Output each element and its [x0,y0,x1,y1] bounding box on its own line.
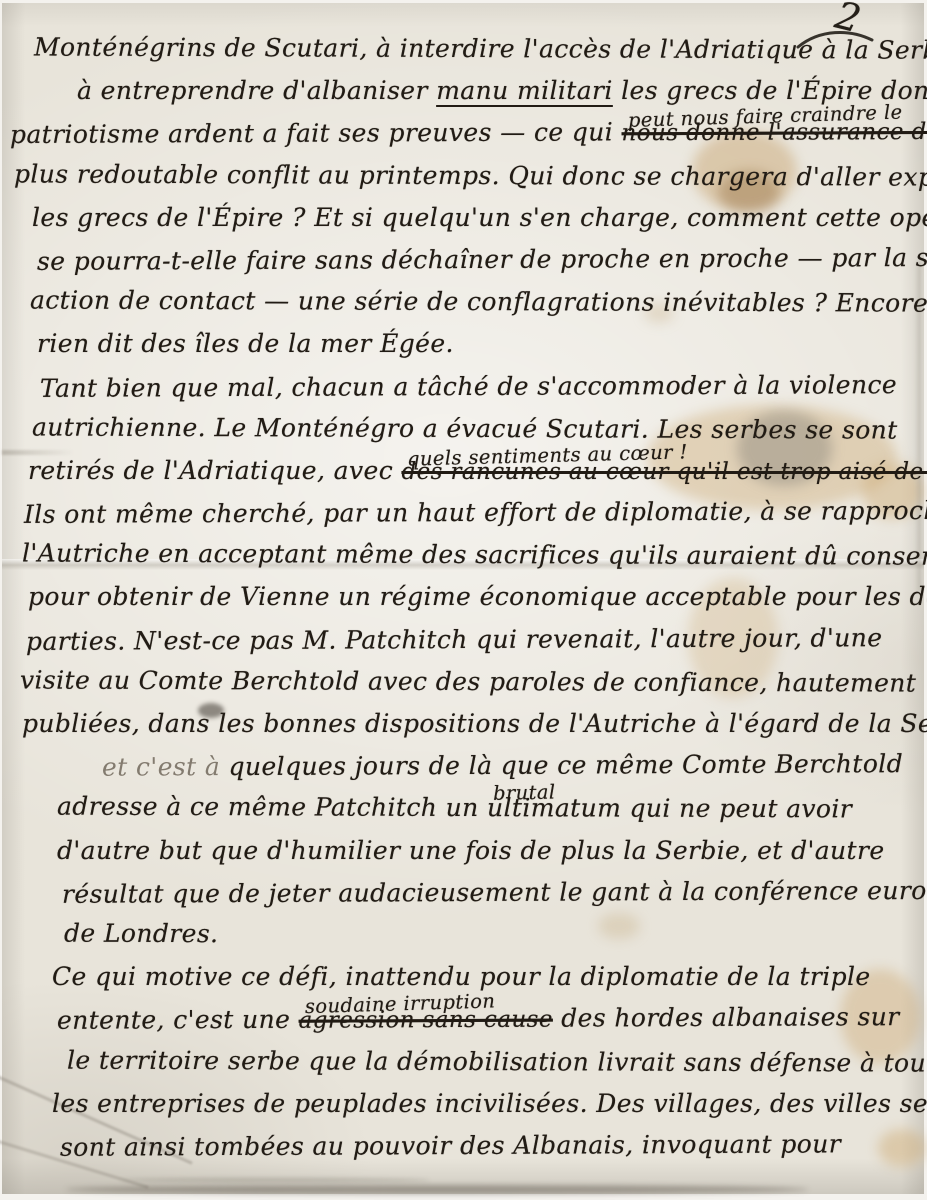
manuscript-line: pour obtenir de Vienne un régime économi… [2,577,924,619]
text-segment: l'Autriche en acceptant même des sacrifi… [22,539,927,571]
text-segment: d'autre but que d'humilier une fois de p… [57,836,885,865]
text-segment: publiées, dans les bonnes dispositions d… [22,709,927,738]
text-segment: Tant bien que mal, chacun a tâché de s'a… [40,370,897,403]
manuscript-line: Ils ont même cherché, par un haut effort… [2,491,924,537]
manuscript-line: patriotisme ardent a fait ses preuves — … [2,111,924,157]
paper-edge-shadow [120,1178,430,1182]
manuscript-line: Tant bien que mal, chacun a tâché de s'a… [2,364,924,410]
manuscript-line: se pourra-t-elle faire sans déchaîner de… [2,238,924,284]
text-segment: visite au Comte Berchtold avec des parol… [20,665,916,697]
text-segment: les entreprises de peuplades incivilisée… [52,1089,927,1118]
text-segment: les grecs de l'Épire ? Et si quelqu'un s… [32,203,927,232]
text-segment: entente, c'est une [57,1005,299,1035]
text-segment: des hordes albanaises sur [553,1002,900,1033]
text-segment: autrichienne. Le Monténégro a évacué Scu… [32,412,898,444]
manuscript-line: et c'est à quelques jours de là que ce m… [2,744,924,790]
text-segment: adresse à ce même Patchitch un [57,792,487,823]
manuscript-line: entente, c'est une soudaine irruptionagr… [2,997,924,1043]
text-segment: quelques jours de là que ce même Comte B… [228,749,903,781]
manuscript-line: résultat que de jeter audacieusement le … [2,871,924,917]
text-segment: pour obtenir de Vienne un régime économi… [28,582,927,611]
manuscript-line: l'Autriche en acceptant même des sacrifi… [2,534,924,579]
manuscript-lines: Monténégrins de Scutari, à interdire l'a… [2,29,924,1168]
manuscript-line: d'autre but que d'humilier une fois de p… [2,831,924,873]
text-segment: le territoire serbe que la démobilisatio… [67,1045,927,1077]
text-segment: action de contact — une série de conflag… [30,286,927,318]
faint-ink-text: et c'est à [102,752,229,782]
text-segment: à entreprendre d'albaniser [77,76,436,105]
text-segment: patriotisme ardent a fait ses preuves — … [10,118,622,150]
manuscript-page: 2 Monténégrins de Scutari, à interdire l… [2,3,924,1194]
manuscript-line: retirés de l'Adriatique, avec quels sent… [2,451,924,493]
underlined-text: manu militari [436,76,613,105]
paper-edge-shadow [66,1185,808,1194]
text-segment: Monténégrins de Scutari, à interdire l'a… [34,33,927,65]
text-segment: sont ainsi tombées au pouvoir des Albana… [60,1129,841,1161]
manuscript-line: action de contact — une série de conflag… [2,281,924,326]
manuscript-line: rien dit des îles de la mer Égée. [2,324,924,366]
manuscript-line: le territoire serbe que la démobilisatio… [2,1040,924,1085]
manuscript-line: parties. N'est-ce pas M. Patchitch qui r… [2,618,924,664]
manuscript-line: les grecs de l'Épire ? Et si quelqu'un s… [2,198,924,240]
text-segment: se pourra-t-elle faire sans déchaîner de… [37,243,927,276]
manuscript-line: publiées, dans les bonnes dispositions d… [2,704,924,746]
text-segment: Ils ont même cherché, par un haut effort… [24,496,927,529]
text-segment: plus redoutable conflit au printemps. Qu… [14,159,927,191]
text-segment: de Londres. [64,919,219,949]
manuscript-line: adresse à ce même Patchitch un brutalult… [2,787,924,832]
text-segment: rien dit des îles de la mer Égée. [37,329,454,358]
text-segment: résultat que de jeter audacieusement le … [62,875,927,908]
text-segment: Ce qui motive ce défi, inattendu pour la… [52,962,871,991]
manuscript-photo: 2 Monténégrins de Scutari, à interdire l… [0,0,927,1200]
manuscript-line: sont ainsi tombées au pouvoir des Albana… [2,1124,924,1170]
manuscript-line: les entreprises de peuplades incivilisée… [2,1084,924,1126]
manuscript-line: de Londres. [2,913,924,958]
manuscript-line: plus redoutable conflit au printemps. Qu… [2,154,924,199]
manuscript-line: visite au Comte Berchtold avec des parol… [2,660,924,705]
manuscript-line: Monténégrins de Scutari, à interdire l'a… [2,27,924,72]
text-segment: parties. N'est-ce pas M. Patchitch qui r… [26,623,883,656]
text-segment: retirés de l'Adriatique, avec [28,456,401,485]
